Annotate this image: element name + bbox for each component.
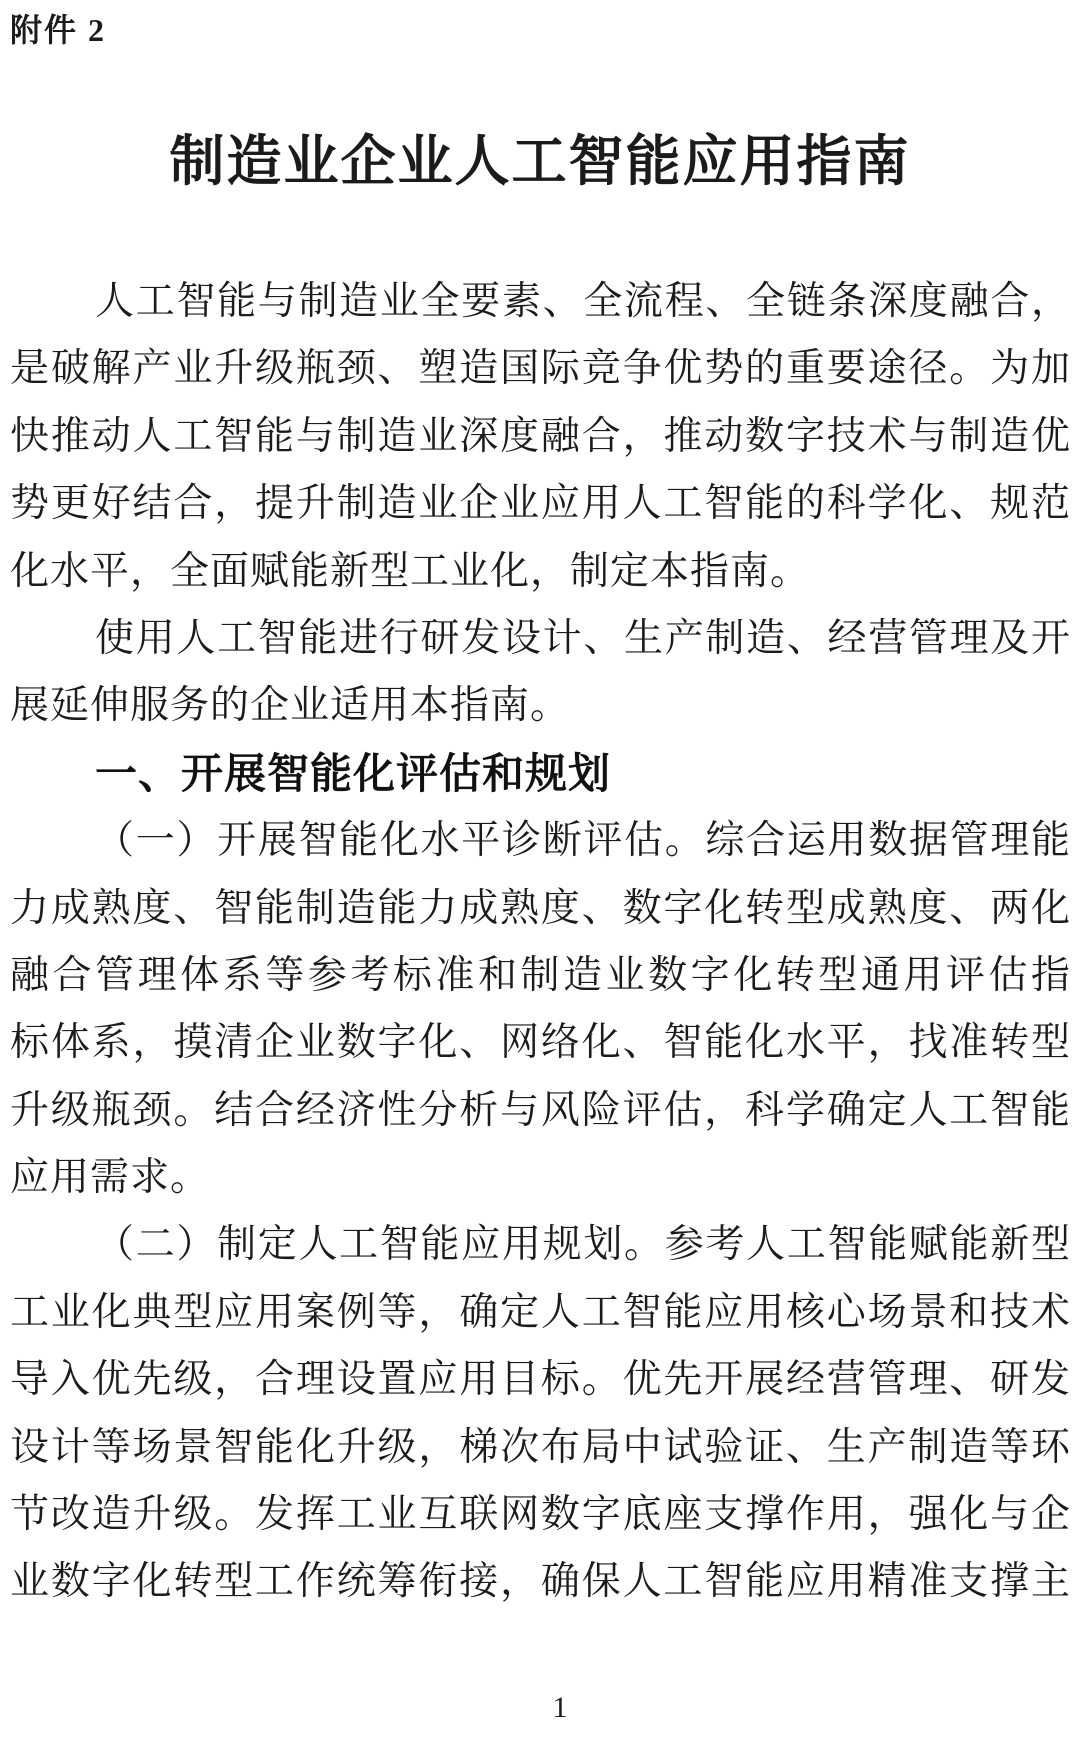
document-line: 是破解产业升级瓶颈、塑造国际竞争优势的重要途径。为加 xyxy=(10,335,1070,402)
document-line: 融合管理体系等参考标准和制造业数字化转型通用评估指 xyxy=(10,942,1070,1009)
document-line: （一）开展智能化水平诊断评估。综合运用数据管理能 xyxy=(10,807,1070,874)
document-line: 标体系，摸清企业数字化、网络化、智能化水平，找准转型 xyxy=(10,1009,1070,1076)
document-line: 工业化典型应用案例等，确定人工智能应用核心场景和技术 xyxy=(10,1279,1070,1346)
document-title: 制造业企业人工智能应用指南 xyxy=(0,126,1080,198)
document-line: 化水平，全面赋能新型工业化，制定本指南。 xyxy=(10,538,1070,605)
document-line: 势更好结合，提升制造业企业应用人工智能的科学化、规范 xyxy=(10,470,1070,537)
document-line: 力成熟度、智能制造能力成熟度、数字化转型成熟度、两化 xyxy=(10,875,1070,942)
attachment-label: 附件 2 xyxy=(10,8,106,52)
document-line: 应用需求。 xyxy=(10,1144,1070,1211)
section-heading: 一、开展智能化评估和规划 xyxy=(10,740,1070,807)
page-number: 1 xyxy=(0,1688,1080,1728)
document-page: 附件 2 制造业企业人工智能应用指南 人工智能与制造业全要素、全流程、全链条深度… xyxy=(0,0,1080,1737)
document-line: 设计等场景智能化升级，梯次布局中试验证、生产制造等环 xyxy=(10,1414,1070,1481)
document-line: 使用人工智能进行研发设计、生产制造、经营管理及开 xyxy=(10,605,1070,672)
document-body: 人工智能与制造业全要素、全流程、全链条深度融合，是破解产业升级瓶颈、塑造国际竞争… xyxy=(10,268,1070,1616)
document-line: 人工智能与制造业全要素、全流程、全链条深度融合， xyxy=(10,268,1070,335)
document-line: （二）制定人工智能应用规划。参考人工智能赋能新型 xyxy=(10,1211,1070,1278)
document-line: 展延伸服务的企业适用本指南。 xyxy=(10,672,1070,739)
document-line: 业数字化转型工作统筹衔接，确保人工智能应用精准支撑主 xyxy=(10,1548,1070,1615)
document-line: 升级瓶颈。结合经济性分析与风险评估，科学确定人工智能 xyxy=(10,1077,1070,1144)
document-line: 快推动人工智能与制造业深度融合，推动数字技术与制造优 xyxy=(10,403,1070,470)
document-line: 导入优先级，合理设置应用目标。优先开展经营管理、研发 xyxy=(10,1346,1070,1413)
document-line: 节改造升级。发挥工业互联网数字底座支撑作用，强化与企 xyxy=(10,1481,1070,1548)
